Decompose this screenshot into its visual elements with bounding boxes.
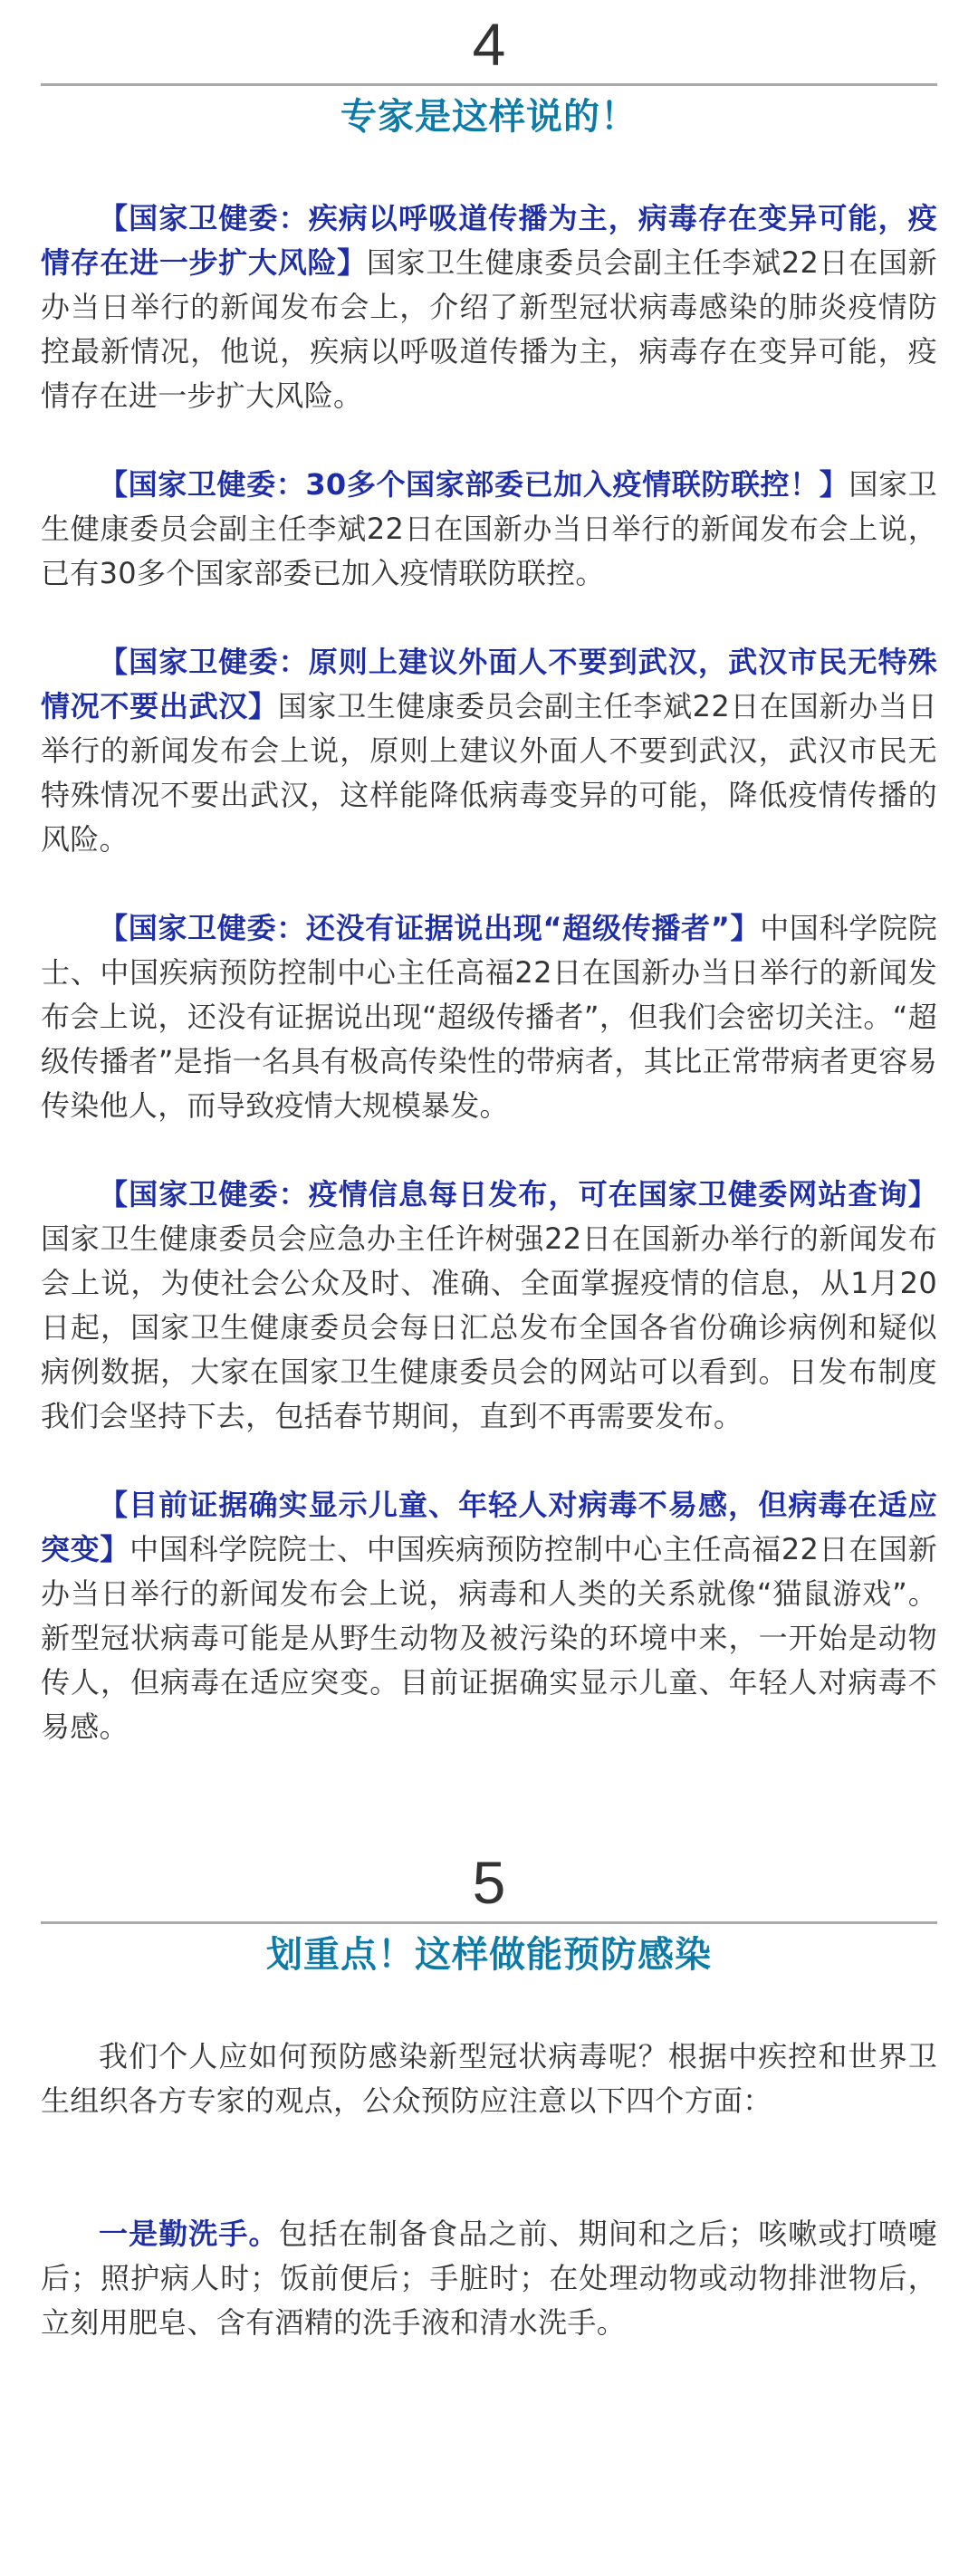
news-paragraph: 【国家卫健委：疫情信息每日发布，可在国家卫健委网站查询】国家卫生健康委员会应急办…: [41, 1173, 937, 1439]
prevention-tip-paragraph: 一是勤洗手。包括在制备食品之前、期间和之后；咳嗽或打喷嚏后；照护病人时；饭前便后…: [41, 2212, 937, 2345]
section-number: 5: [41, 1838, 937, 1921]
section-divider: [41, 1921, 937, 1924]
tip-heading: 一是勤洗手。: [99, 2217, 279, 2251]
section-title: 划重点！这样做能预防感染: [41, 1928, 937, 1982]
section-divider: [41, 83, 937, 86]
intro-paragraph: 我们个人应如何预防感染新型冠状病毒呢？根据中疾控和世界卫生组织各方专家的观点，公…: [41, 2035, 937, 2123]
news-paragraph: 【国家卫健委：30多个国家部委已加入疫情联防联控！】国家卫生健康委员会副主任李斌…: [41, 463, 937, 596]
article-body: 4 专家是这样说的！ 【国家卫健委：疾病以呼吸道传播为主，病毒存在变异可能，疫情…: [41, 0, 937, 2345]
headline-highlight: 【国家卫健委：30多个国家部委已加入疫情联防联控！】: [99, 467, 849, 502]
news-paragraph: 【目前证据确实显示儿童、年轻人对病毒不易感，但病毒在适应突变】中国科学院院士、中…: [41, 1483, 937, 1749]
news-paragraph: 【国家卫健委：还没有证据说出现“超级传播者”】中国科学院院士、中国疾病预防控制中…: [41, 906, 937, 1128]
paragraph-text: 中国科学院院士、中国疾病预防控制中心主任高福22日在国新办当日举行的新闻发布会上…: [41, 1532, 937, 1744]
news-paragraph: 【国家卫健委：疾病以呼吸道传播为主，病毒存在变异可能，疫情存在进一步扩大风险】国…: [41, 196, 937, 418]
section-number: 4: [41, 0, 937, 83]
section-header-4: 4 专家是这样说的！: [41, 0, 937, 144]
section-title: 专家是这样说的！: [41, 90, 937, 144]
news-paragraph: 【国家卫健委：原则上建议外面人不要到武汉，武汉市民无特殊情况不要出武汉】国家卫生…: [41, 640, 937, 862]
paragraph-text: 我们个人应如何预防感染新型冠状病毒呢？根据中疾控和世界卫生组织各方专家的观点，公…: [41, 2039, 937, 2118]
headline-highlight: 【国家卫健委：疫情信息每日发布，可在国家卫健委网站查询】: [99, 1177, 937, 1211]
paragraph-text: 国家卫生健康委员会应急办主任许树强22日在国新办举行的新闻发布会上说，为使社会公…: [41, 1221, 937, 1433]
section-header-5: 5 划重点！这样做能预防感染: [41, 1838, 937, 1982]
headline-highlight: 【国家卫健委：还没有证据说出现“超级传播者”】: [99, 911, 760, 945]
